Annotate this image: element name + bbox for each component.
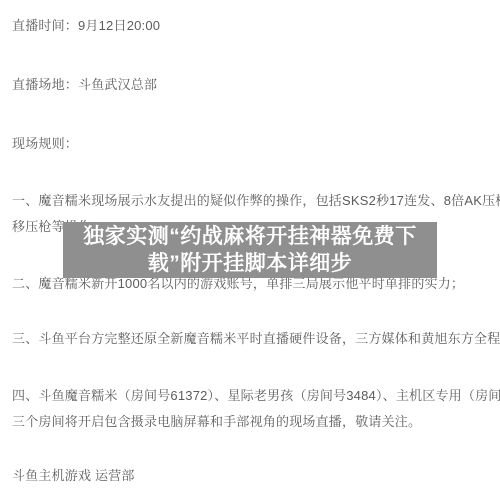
watermark-overlay: 独家实测“约战麻将开挂神器免费下 载”附开挂脚本详细步	[63, 222, 437, 278]
signature-text: 斗鱼主机游戏 运营部	[12, 463, 500, 489]
article-page: 直播时间：9月12日20:00 直播场地：斗鱼武汉总部 现场规则： 一、魔音糯米…	[0, 0, 500, 498]
live-venue-text: 直播场地：斗鱼武汉总部	[12, 72, 500, 98]
watermark-line: 独家实测“约战麻将开挂神器免费下	[83, 223, 417, 250]
watermark-line: 载”附开挂脚本详细步	[148, 250, 353, 277]
rule-item-4: 四、斗鱼魔音糯米（房间号61372）、星际老男孩（房间号3484）、主机区专用（…	[12, 383, 500, 435]
live-time-line: 直播时间：9月12日20:00	[12, 13, 500, 39]
live-venue-line: 直播场地：斗鱼武汉总部	[12, 72, 500, 98]
rule-line: 三个房间将开启包含摄录电脑屏幕和手部视角的现场直播，敬请关注。	[12, 409, 500, 435]
rule-line: 四、斗鱼魔音糯米（房间号61372）、星际老男孩（房间号3484）、主机区专用（…	[12, 383, 500, 409]
rule-line: 一、魔音糯米现场展示水友提出的疑似作弊的操作，包括SKS2秒17连发、8倍AK压…	[12, 188, 500, 214]
signature-line: 斗鱼主机游戏 运营部	[12, 463, 500, 489]
rules-heading-text: 现场规则：	[12, 131, 500, 157]
rules-heading: 现场规则：	[12, 131, 500, 157]
rule-item-3: 三、斗鱼平台方完整还原全新魔音糯米平时直播硬件设备，三方媒体和黄旭东方全程跟拍；	[12, 326, 500, 352]
live-time-text: 直播时间：9月12日20:00	[12, 13, 500, 39]
rule-line: 三、斗鱼平台方完整还原全新魔音糯米平时直播硬件设备，三方媒体和黄旭东方全程跟拍；	[12, 326, 500, 352]
